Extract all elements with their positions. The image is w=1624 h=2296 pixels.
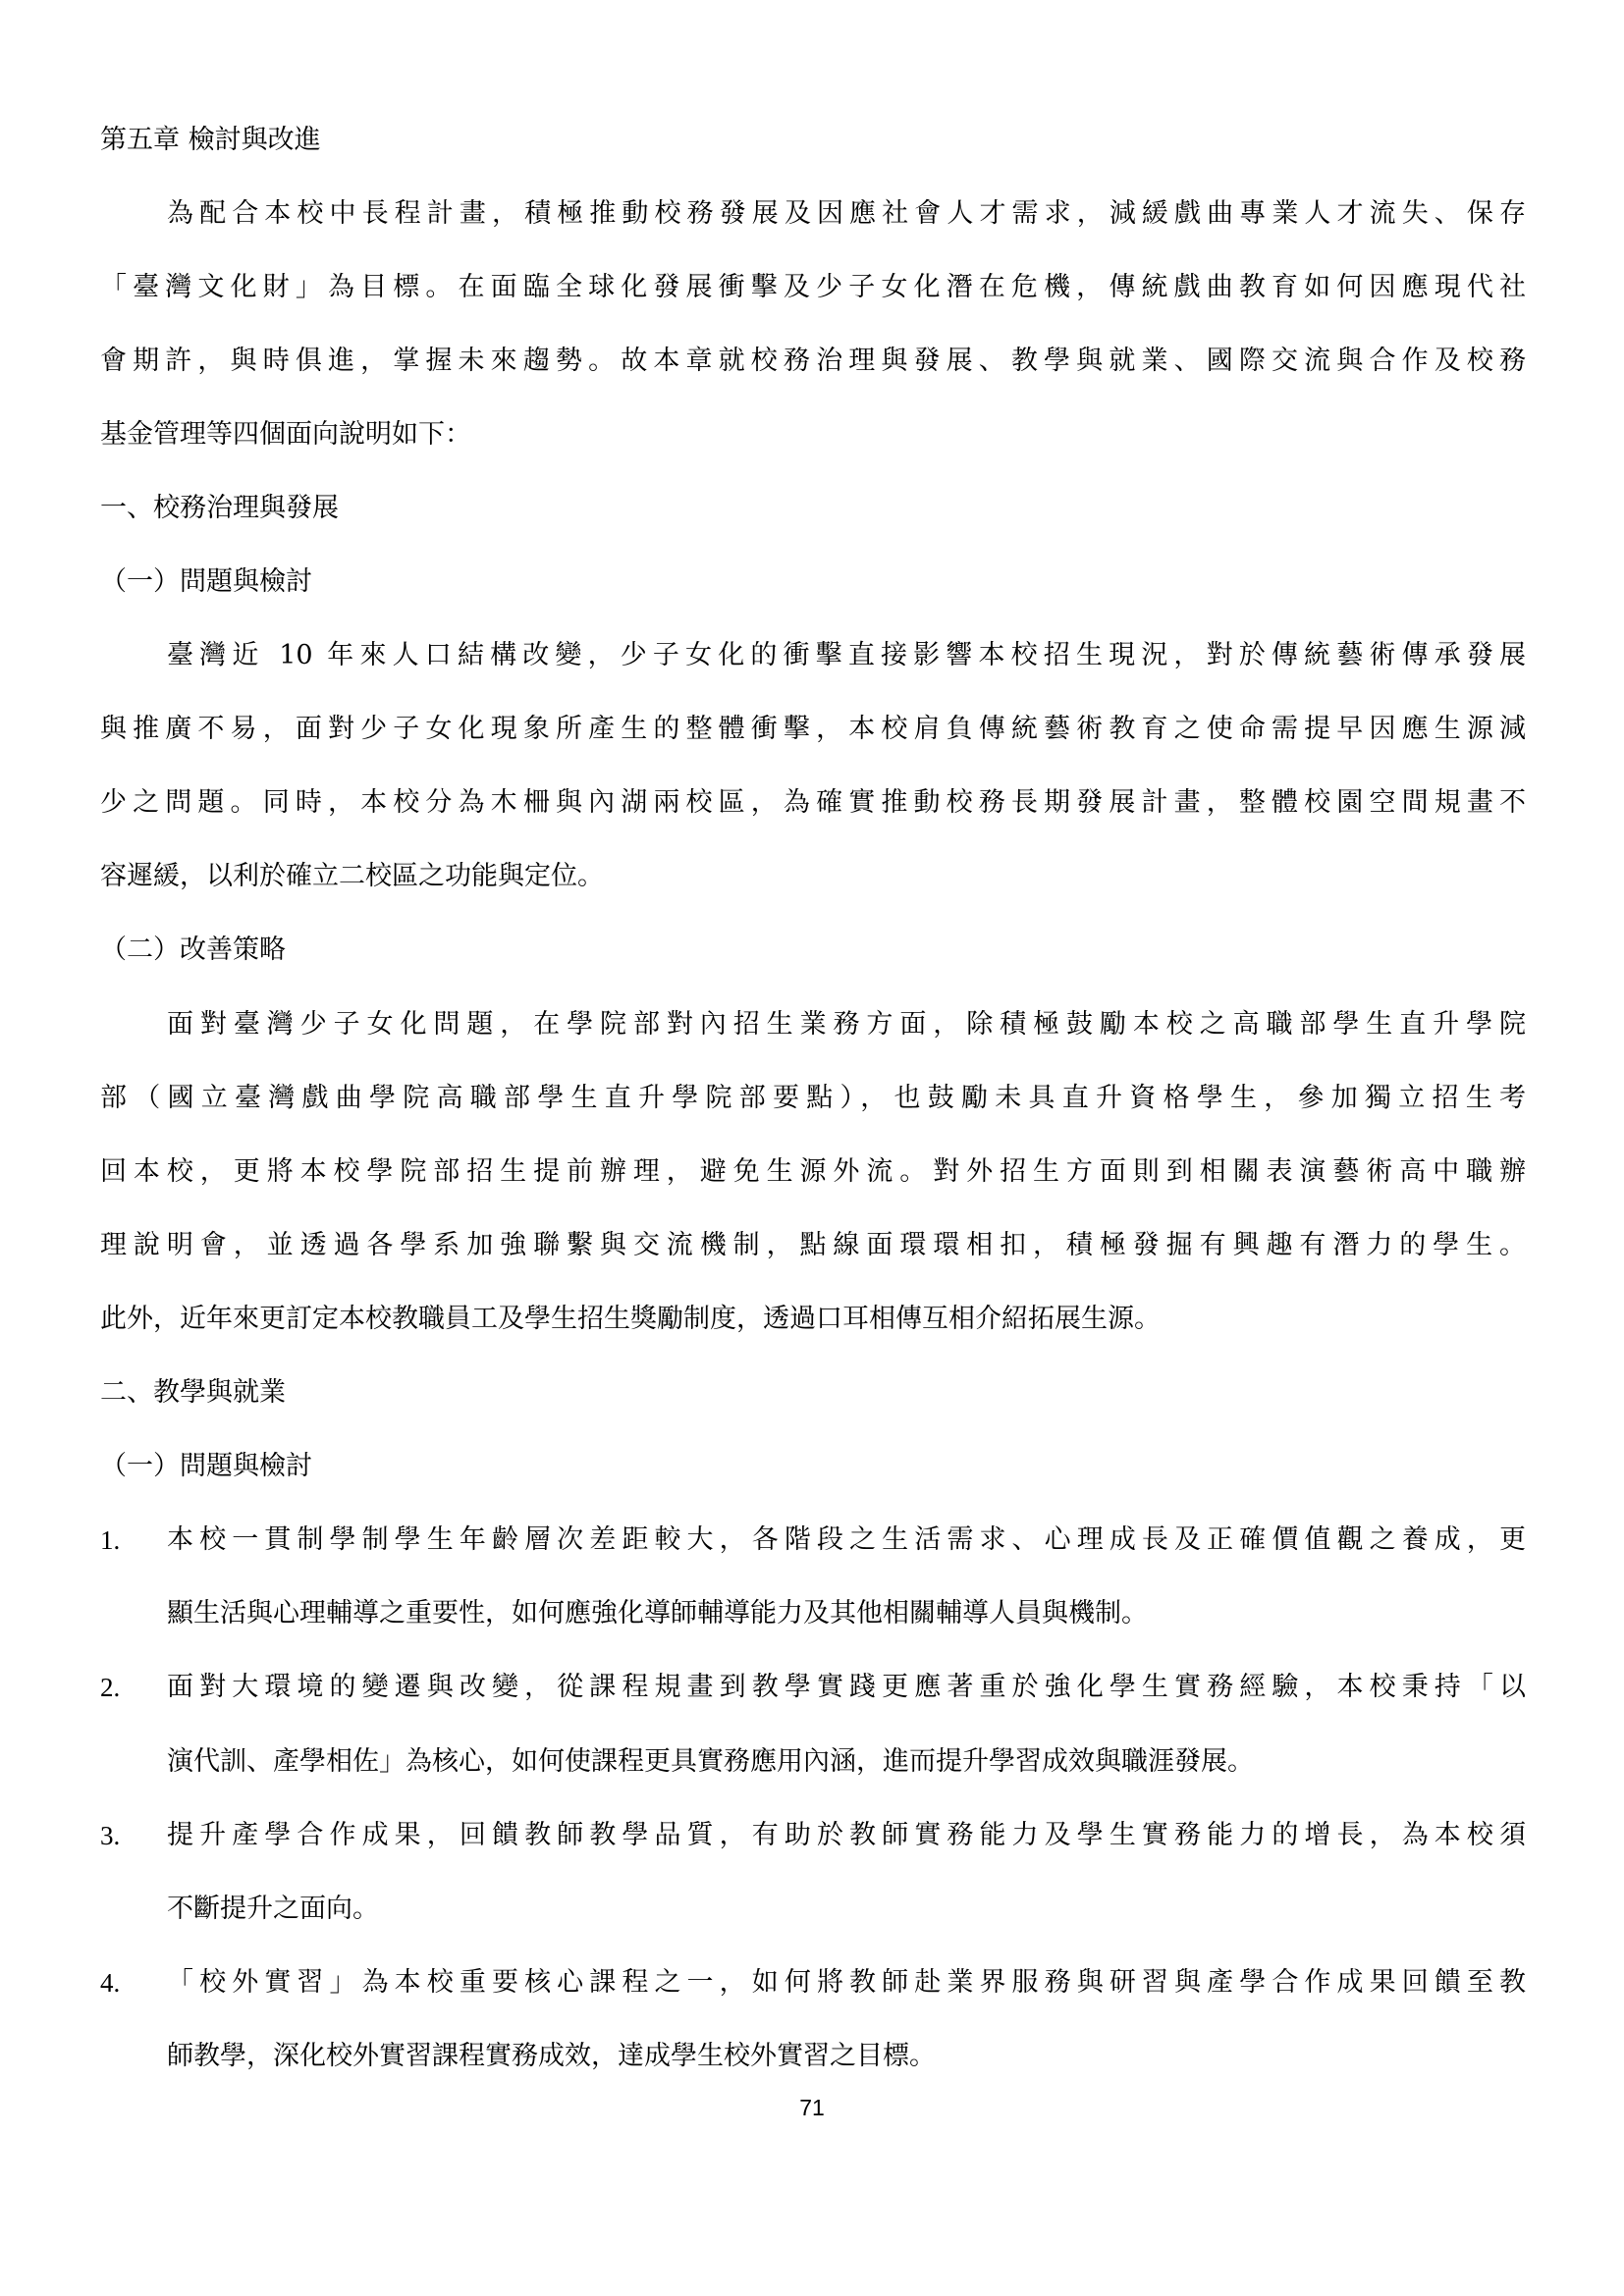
list-item-line: 顯生活與心理輔導之重要性，如何應強化導師輔導能力及其他相關輔導人員與機制。	[167, 1594, 1526, 1633]
list-item-line: 本校一貫制學制學生年齡層次差距較大，各階段之生活需求、心理成長及正確價值觀之養成…	[167, 1521, 1526, 1560]
list-number: 2.	[100, 1668, 120, 1707]
chapter-title: 第五章 檢討與改進	[100, 121, 1526, 160]
section-heading: 二、教學與就業	[100, 1373, 1526, 1413]
intro-paragraph-line: 「臺灣文化財」為目標。在面臨全球化發展衝擊及少子女化潛在危機，傳統戲曲教育如何因…	[100, 268, 1526, 307]
paragraph-line: 面對臺灣少子女化問題，在學院部對內招生業務方面，除積極鼓勵本校之高職部學生直升學…	[167, 1005, 1526, 1044]
paragraph-line: 少之問題。同時，本校分為木柵與內湖兩校區，為確實推動校務長期發展計畫，整體校園空…	[100, 783, 1526, 823]
paragraph-line: 部（國立臺灣戲曲學院高職部學生直升學院部要點），也鼓勵未具直升資格學生，參加獨立…	[100, 1079, 1526, 1118]
intro-paragraph-line: 會期許，與時俱進，掌握未來趨勢。故本章就校務治理與發展、教學與就業、國際交流與合…	[100, 342, 1526, 381]
intro-paragraph-line: 為配合本校中長程計畫，積極推動校務發展及因應社會人才需求，減緩戲曲專業人才流失、…	[167, 194, 1526, 234]
list-number: 3.	[100, 1816, 120, 1855]
paragraph-line: 回本校，更將本校學院部招生提前辦理，避免生源外流。對外招生方面則到相關表演藝術高…	[100, 1152, 1526, 1192]
page-number: 71	[0, 2095, 1624, 2121]
list-number: 4.	[100, 1963, 120, 2002]
paragraph-line: 臺灣近 10 年來人口結構改變，少子女化的衝擊直接影響本校招生現況，對於傳統藝術…	[167, 636, 1526, 675]
list-item-line: 面對大環境的變遷與改變，從課程規畫到教學實踐更應著重於強化學生實務經驗，本校秉持…	[167, 1668, 1526, 1707]
paragraph-line: 理說明會，並透過各學系加強聯繫與交流機制，點線面環環相扣，積極發掘有興趣有潛力的…	[100, 1226, 1526, 1265]
paragraph-line: 此外，近年來更訂定本校教職員工及學生招生獎勵制度，透過口耳相傳互相介紹拓展生源。	[100, 1300, 1526, 1339]
paragraph-line: 容遲緩，以利於確立二校區之功能與定位。	[100, 857, 1526, 896]
list-item-line: 不斷提升之面向。	[167, 1890, 1526, 1929]
list-item-line: 演代訓、產學相佐」為核心，如何使課程更具實務應用內涵，進而提升學習成效與職涯發展…	[167, 1742, 1526, 1782]
list-item-line: 「校外實習」為本校重要核心課程之一，如何將教師赴業界服務與研習與產學合作成果回饋…	[167, 1963, 1526, 2002]
section-heading: 一、校務治理與發展	[100, 489, 1526, 528]
list-number: 1.	[100, 1521, 120, 1560]
intro-paragraph-line: 基金管理等四個面向說明如下：	[100, 415, 1526, 454]
list-item-line: 提升產學合作成果，回饋教師教學品質，有助於教師實務能力及學生實務能力的增長，為本…	[167, 1816, 1526, 1855]
list-item-line: 師教學，深化校外實習課程實務成效，達成學生校外實習之目標。	[167, 2037, 1526, 2076]
paragraph-line: 與推廣不易，面對少子女化現象所產生的整體衝擊，本校肩負傳統藝術教育之使命需提早因…	[100, 710, 1526, 749]
subsection-heading: （一）問題與檢討	[100, 562, 1526, 602]
subsection-heading: （二）改善策略	[100, 931, 1526, 970]
subsection-heading: （一）問題與檢討	[100, 1447, 1526, 1486]
